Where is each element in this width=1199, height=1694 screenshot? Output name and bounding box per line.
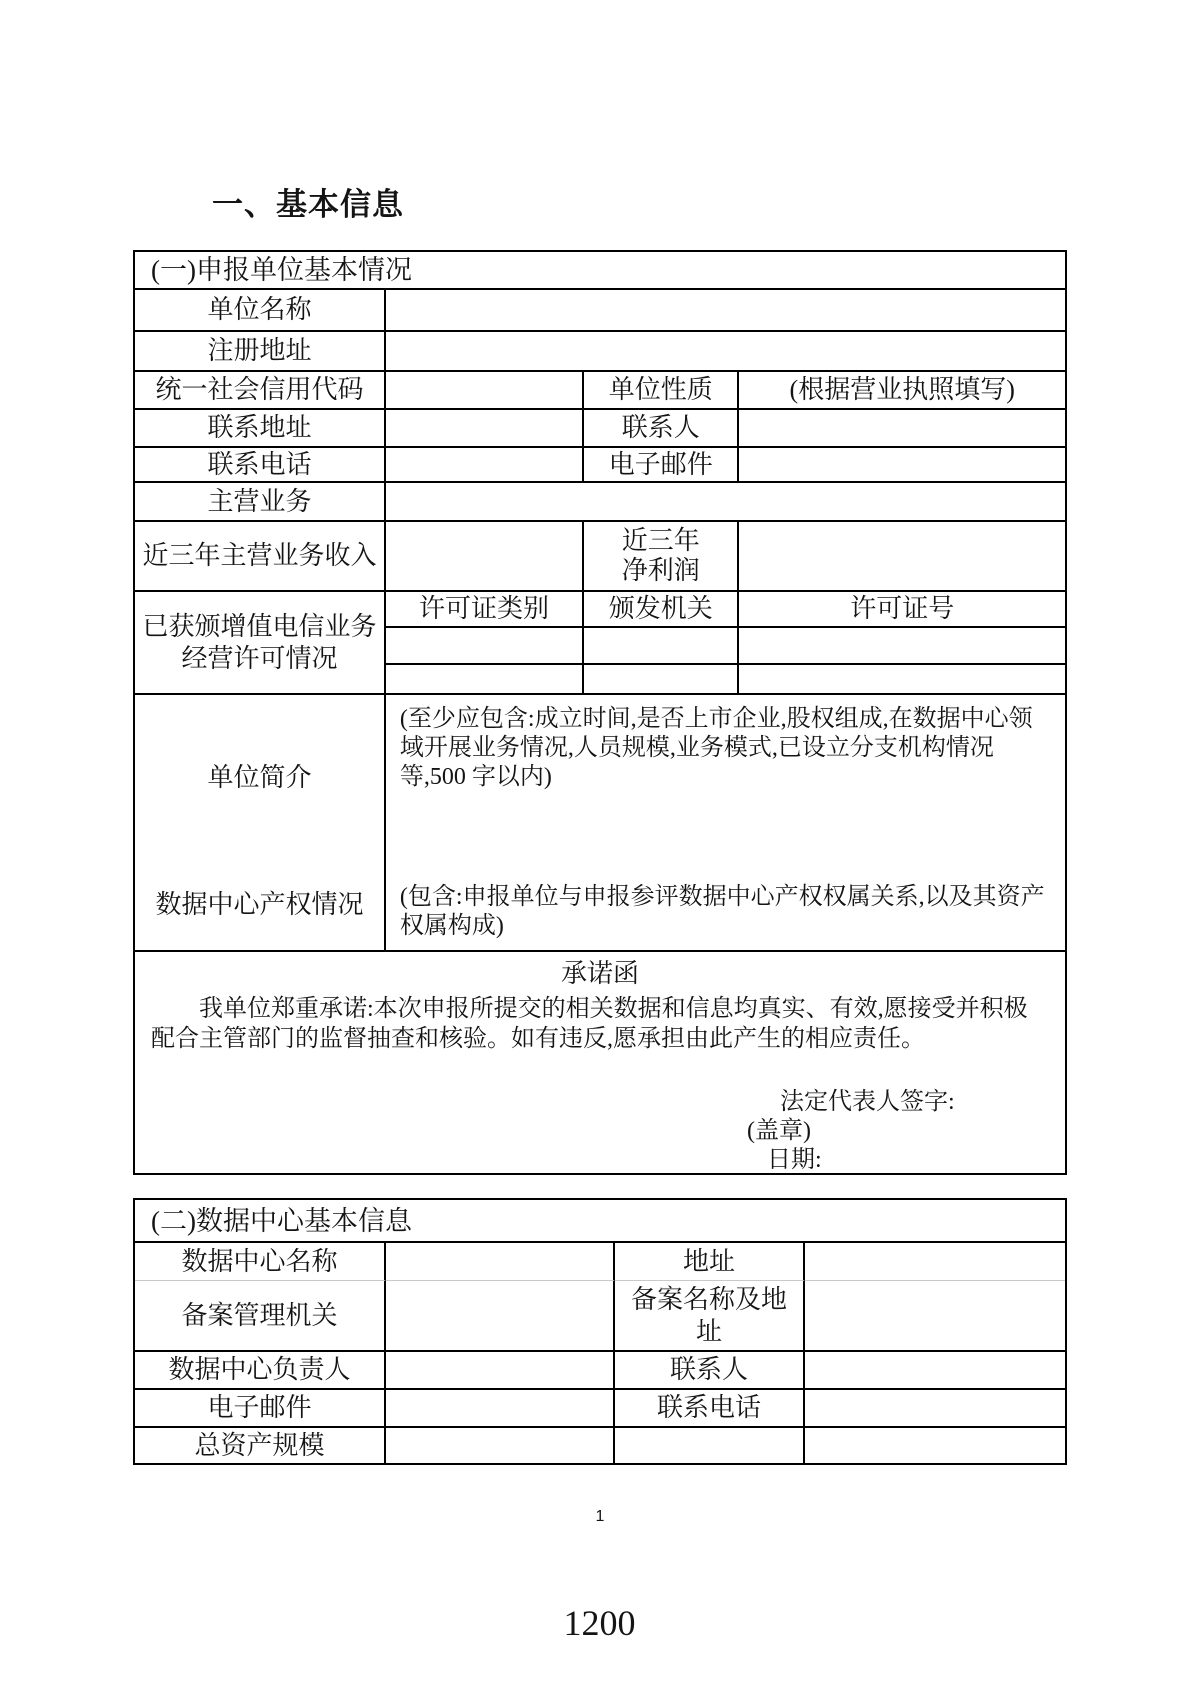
seal-label: (盖章): [747, 1117, 1049, 1146]
document-page: 一、基本信息 (一)申报单位基本情况 单位名称 注册地址 统一社会信用代码 单位…: [0, 0, 1199, 1694]
label-main-business: 主营业务: [135, 483, 386, 522]
label-license-status: 已获颁增值电信业务经营许可情况: [135, 592, 386, 695]
table1-header: (一)申报单位基本情况: [135, 252, 1065, 290]
label-email: 电子邮件: [584, 448, 739, 483]
label-profit-3yr-line2: 净利润: [622, 556, 700, 586]
label-dc-contact-phone: 联系电话: [615, 1390, 805, 1428]
label-unit-name: 单位名称: [135, 290, 386, 332]
dc-email-input-cell[interactable]: [386, 1390, 615, 1428]
legal-rep-signature-label: 法定代表人签字:: [747, 1088, 1049, 1117]
label-unit-profile: 单位简介: [135, 695, 386, 860]
contact-person-input-cell[interactable]: [739, 410, 1065, 448]
unit-name-input-cell[interactable]: [386, 290, 1065, 332]
dc-manager-input-cell[interactable]: [386, 1352, 615, 1390]
commitment-letter: 承诺函 我单位郑重承诺:本次申报所提交的相关数据和信息均真实、有效,愿接受并积极…: [135, 952, 1065, 1173]
label-dc-email: 电子邮件: [135, 1390, 386, 1428]
filing-authority-input-cell[interactable]: [386, 1281, 615, 1352]
table-declaring-unit: (一)申报单位基本情况 单位名称 注册地址 统一社会信用代码 单位性质 (根据营…: [133, 250, 1067, 1175]
unit-profile-input-cell[interactable]: (至少应包含:成立时间,是否上市企业,股权组成,在数据中心领域开展业务情况,人员…: [386, 695, 1065, 860]
contact-address-input-cell[interactable]: [386, 410, 584, 448]
license-no-input-cell-1[interactable]: [739, 628, 1065, 665]
profit-3yr-input-cell[interactable]: [739, 522, 1065, 592]
contact-phone-input-cell[interactable]: [386, 448, 584, 483]
label-dc-contact-person: 联系人: [615, 1352, 805, 1390]
label-dc-name: 数据中心名称: [135, 1243, 386, 1281]
license-type-input-cell-2[interactable]: [386, 665, 584, 695]
label-profit-3yr-line1: 近三年: [622, 526, 700, 556]
main-business-input-cell[interactable]: [386, 483, 1065, 522]
footer-number: 1200: [0, 1602, 1199, 1644]
label-unit-nature: 单位性质: [584, 372, 739, 410]
label-dc-manager: 数据中心负责人: [135, 1352, 386, 1390]
dc-property-input-cell[interactable]: (包含:申报单位与申报参评数据中心产权权属关系,以及其资产权属构成): [386, 860, 1065, 952]
label-filing-authority: 备案管理机关: [135, 1281, 386, 1352]
license-type-input-cell-1[interactable]: [386, 628, 584, 665]
reg-address-input-cell[interactable]: [386, 332, 1065, 372]
license-issuer-input-cell-2[interactable]: [584, 665, 739, 695]
signature-block: 法定代表人签字: (盖章) 日期:: [747, 1088, 1049, 1173]
email-input-cell[interactable]: [739, 448, 1065, 483]
commitment-title: 承诺函: [151, 958, 1049, 990]
license-no-input-cell-2[interactable]: [739, 665, 1065, 695]
dc-contact-person-input-cell[interactable]: [805, 1352, 1065, 1390]
table2-header: (二)数据中心基本信息: [135, 1200, 1065, 1243]
label-revenue-3yr: 近三年主营业务收入: [135, 522, 386, 592]
license-issuer-input-cell-1[interactable]: [584, 628, 739, 665]
label-contact-address: 联系地址: [135, 410, 386, 448]
unit-nature-input-cell[interactable]: (根据营业执照填写): [739, 372, 1065, 410]
dc-name-input-cell[interactable]: [386, 1243, 615, 1281]
total-assets-input-cell-1[interactable]: [386, 1428, 615, 1463]
label-total-assets: 总资产规模: [135, 1428, 386, 1463]
label-dc-property: 数据中心产权情况: [135, 860, 386, 952]
label-license-no: 许可证号: [739, 592, 1065, 628]
commitment-body: 我单位郑重承诺:本次申报所提交的相关数据和信息均真实、有效,愿接受并积极配合主管…: [151, 994, 1049, 1054]
dc-address-input-cell[interactable]: [805, 1243, 1065, 1281]
revenue-3yr-input-cell[interactable]: [386, 522, 584, 592]
label-contact-person: 联系人: [584, 410, 739, 448]
label-reg-address: 注册地址: [135, 332, 386, 372]
page-number: 1: [133, 1508, 1067, 1526]
label-dc-address: 地址: [615, 1243, 805, 1281]
label-contact-phone: 联系电话: [135, 448, 386, 483]
label-filing-name-address: 备案名称及地址: [615, 1281, 805, 1352]
filing-name-address-input-cell[interactable]: [805, 1281, 1065, 1352]
label-license-issuer: 颁发机关: [584, 592, 739, 628]
dc-contact-phone-input-cell[interactable]: [805, 1390, 1065, 1428]
label-license-type: 许可证类别: [386, 592, 584, 628]
section-title: 一、基本信息: [212, 186, 404, 224]
label-credit-code: 统一社会信用代码: [135, 372, 386, 410]
total-assets-input-cell-3[interactable]: [805, 1428, 1065, 1463]
total-assets-input-cell-2[interactable]: [615, 1428, 805, 1463]
date-label: 日期:: [747, 1146, 1049, 1173]
credit-code-input-cell[interactable]: [386, 372, 584, 410]
table-data-center: (二)数据中心基本信息 数据中心名称 地址 备案管理机关 备案名称及地址 数据中…: [133, 1198, 1067, 1465]
label-profit-3yr: 近三年 净利润: [584, 522, 739, 592]
